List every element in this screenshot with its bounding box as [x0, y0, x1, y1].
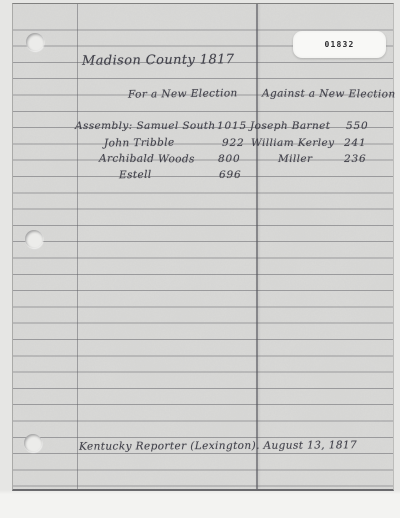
punch-hole-bottom: [24, 434, 42, 452]
result-row: Assembly: Samuel South: [75, 121, 216, 132]
page-title: Madison County 1817: [82, 53, 235, 68]
catalog-number: 01832: [324, 40, 354, 49]
opponent-name: William Kerley: [251, 138, 335, 149]
candidate-name: John Tribble: [104, 138, 175, 149]
opponent-name: Joseph Barnet: [250, 121, 330, 132]
vote-count: 1015: [217, 121, 247, 132]
candidate-name: Samuel South: [136, 120, 215, 132]
office-label: Assembly:: [75, 120, 133, 132]
opponent-vote-count: 550: [346, 121, 368, 132]
punch-hole-middle: [25, 230, 43, 248]
column-header-for: For a New Election: [128, 88, 238, 100]
catalog-sticker: 01832: [293, 31, 386, 58]
candidate-name: Estell: [119, 170, 152, 181]
vote-count: 696: [219, 170, 241, 181]
paper-texture: [13, 4, 393, 489]
margin-line: [77, 4, 78, 489]
opponent-vote-count: 236: [344, 154, 366, 165]
opponent-vote-count: 241: [344, 138, 366, 149]
citation: Kentucky Reporter (Lexington). August 13…: [79, 440, 357, 452]
ruled-lines: [13, 14, 393, 488]
notebook-page: 01832 Madison County 1817 For a New Elec…: [12, 3, 394, 491]
column-header-against: Against a New Election: [262, 89, 396, 100]
center-crease-line: [256, 4, 258, 489]
opponent-name: Miller: [278, 154, 312, 165]
vote-count: 922: [222, 138, 244, 149]
candidate-name: Archibald Woods: [99, 154, 195, 165]
scanned-document: 01832 Madison County 1817 For a New Elec…: [0, 0, 400, 518]
punch-hole-top: [26, 33, 44, 51]
vote-count: 800: [218, 154, 240, 165]
